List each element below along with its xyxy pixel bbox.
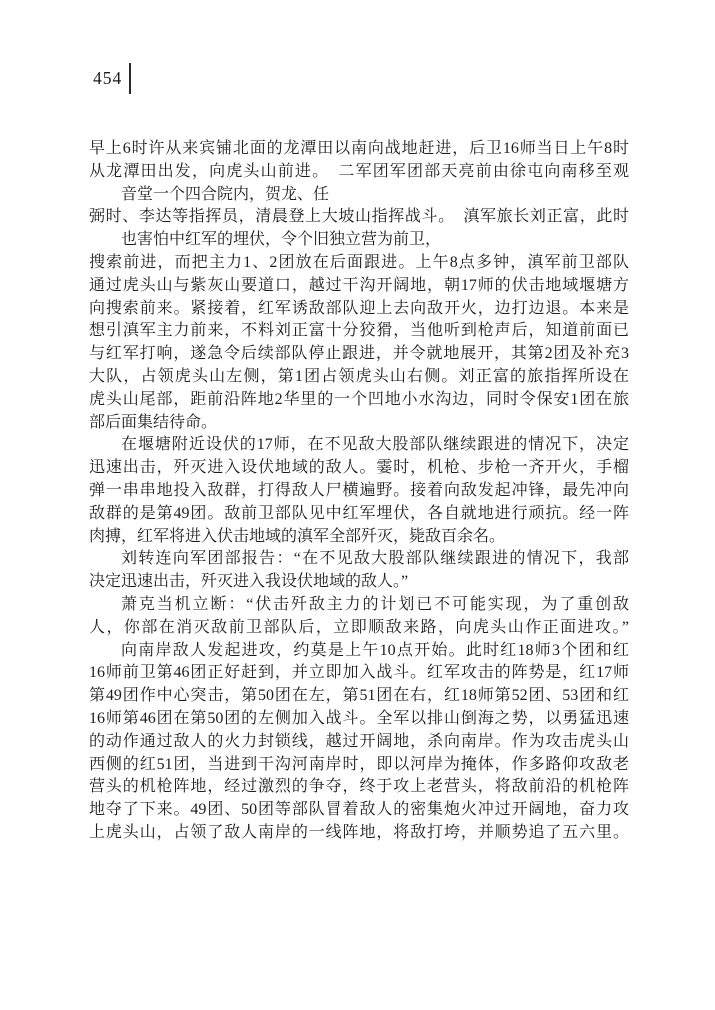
text-line: 刘转连向军团部报告：“在不见敌大股部队继续跟进的情况下，我部: [89, 548, 629, 571]
body-text: 早上6时许从来宾铺北面的龙潭田以南向战地赶进，后卫16师当日上午8时 从龙潭田出…: [89, 138, 629, 845]
text-line: 与红军打响，遂急令后续部队停止跟进，并令就地展开，其第2团及补充3: [89, 343, 629, 366]
text-line: 敌群的是第49团。敌前卫部队见中红军埋伏，各自就地进行顽抗。经一阵: [89, 503, 629, 526]
text-line: 从龙潭田出发，向虎头山前进。 二军团军团部天亮前由徐屯向南移至观: [89, 161, 629, 184]
text-line: 早上6时许从来宾铺北面的龙潭田以南向战地赶进，后卫16师当日上午8时: [89, 138, 629, 161]
text-line: 人，你部在消灭敌前卫部队后，立即顺敌来路，向虎头山作正面进攻。”: [89, 617, 629, 640]
book-page: 454 早上6时许从来宾铺北面的龙潭田以南向战地赶进，后卫16师当日上午8时 从…: [0, 0, 715, 1010]
text-line: 上虎头山，占领了敌人南岸的一线阵地，将敌打垮，并顺势追了五六里。: [89, 822, 629, 845]
text-line: 通过虎头山与紫灰山要道口，越过干沟开阔地，朝17师的伏击地域堰塘方: [89, 275, 629, 298]
text-line: 第49团作中心突击，第50团在左，第51团在右，红18师第52团、53团和红: [89, 685, 629, 708]
page-number: 454: [93, 68, 122, 89]
text-line: 向搜索前来。紧接着，红军诱敌部队迎上去向敌开火，边打边退。本来是: [89, 298, 629, 321]
page-header: 454: [93, 62, 131, 94]
text-line: 弹一串串地投入敌群，打得敌人尸横遍野。接着向敌发起冲锋，最先冲向: [89, 480, 629, 503]
text-line: 决定迅速出击，歼灭进入我设伏地域的敌人。”: [89, 571, 629, 594]
text-line: 16师第46团在第50团的左侧加入战斗。全军以排山倒海之势，以勇猛迅速: [89, 708, 629, 731]
text-line: 想引滇军主力前来，不料刘正富十分狡猾，当他听到枪声后，知道前面已: [89, 320, 629, 343]
text-line: 搜索前进，而把主力1、2团放在后面跟进。上午8点多钟，滇军前卫部队: [89, 252, 629, 275]
text-line: 音堂一个四合院内，贺龙、任: [89, 184, 629, 207]
text-line: 地夺了下来。49团、50团等部队冒着敌人的密集炮火冲过开阔地，奋力攻: [89, 799, 629, 822]
text-line: 弼时、李达等指挥员，清晨登上大坡山指挥战斗。 滇军旅长刘正富，此时: [89, 206, 629, 229]
text-line: 萧克当机立断：“伏击歼敌主力的计划已不可能实现，为了重创敌: [89, 594, 629, 617]
text-line: 肉搏，红军将进入伏击地域的滇军全部歼灭，毙敌百余名。: [89, 526, 629, 549]
text-line: 在堰塘附近设伏的17师，在不见敌大股部队继续跟进的情况下，决定: [89, 434, 629, 457]
text-line: 迅速出击，歼灭进入设伏地域的敌人。霎时，机枪、步枪一齐开火，手榴: [89, 457, 629, 480]
text-line: 向南岸敌人发起进攻，约莫是上午10点开始。此时红18师3个团和红: [89, 640, 629, 663]
text-line: 16师前卫第46团正好赶到，并立即加入战斗。红军攻击的阵势是，红17师: [89, 662, 629, 685]
text-line: 营头的机枪阵地，经过激烈的争夺，终于攻上老营头，将敌前沿的机枪阵: [89, 776, 629, 799]
text-line: 大队，占领虎头山左侧，第1团占领虎头山右侧。刘正富的旅指挥所设在: [89, 366, 629, 389]
page-number-divider: [129, 63, 131, 94]
text-line: 西侧的红51团，当进到干沟河南岸时，即以河岸为掩体，作多路仰攻敌老: [89, 754, 629, 777]
text-line: 部后面集结待命。: [89, 412, 629, 435]
text-line: 的动作通过敌人的火力封锁线，越过开阔地，杀向南岸。作为攻击虎头山: [89, 731, 629, 754]
text-line: 虎头山尾部，距前沿阵地2华里的一个凹地小水沟边，同时令保安1团在旅: [89, 389, 629, 412]
text-line: 也害怕中红军的埋伏，令个旧独立营为前卫，: [89, 229, 629, 252]
